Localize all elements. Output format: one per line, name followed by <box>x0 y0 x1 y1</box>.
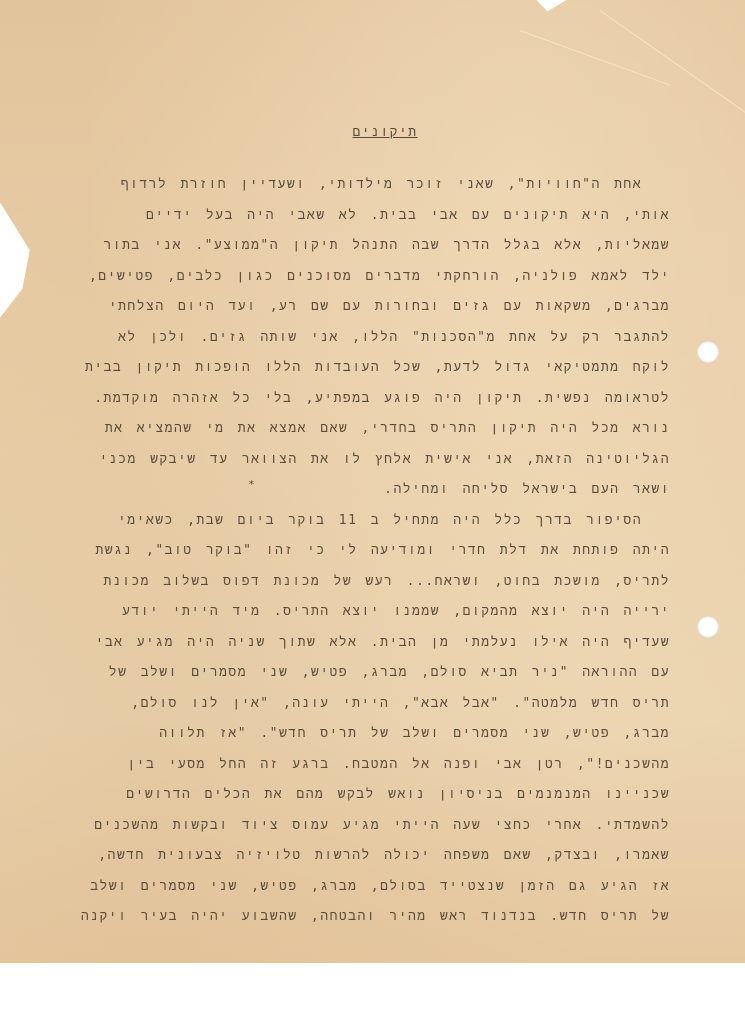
text-line: שאמרו, ובצדק, שאם משפחה יכולה להרשות טלו… <box>100 841 670 872</box>
text-line: להשמדתי. אחרי כחצי שעה הייתי מגיע עמוס צ… <box>100 811 670 842</box>
text-line: להתגבר רק על אחת מ"הסכנות" הללו, אני שות… <box>100 323 670 354</box>
text-line: ושאר העם בישראל סליחה ומחילה. <box>100 475 670 506</box>
punch-hole-upper <box>697 341 719 363</box>
document-title: תיקונים <box>100 125 670 140</box>
text-line: מברג, פטיש, שני מסמרים ושלב של תריס חדש"… <box>100 719 670 750</box>
text-line: לטראומה נפשית. תיקון היה פוגע במפתיע, בל… <box>100 384 670 415</box>
text-line: אז הגיע גם הזמן שנצטייד בסולם, מברג, פטי… <box>100 872 670 903</box>
text-line: מהשכנים!", רטן אבי ופנה אל המטבח. ברגע ז… <box>100 750 670 781</box>
text-line: של תריס חדש. בנדנוד ראש מהיר והבטחה, שהש… <box>100 902 670 933</box>
typed-document: תיקונים אחת ה"חוויות", שאני זוכר מילדותי… <box>100 125 670 933</box>
text-line: לוקח מתמטיקאי גדול לדעת, שכל העובדות הלל… <box>100 353 670 384</box>
paper-crease <box>599 10 745 137</box>
text-line: שמאליות, אלא בגלל הדרך שבה התנהל תיקון ה… <box>100 231 670 262</box>
text-line: ילד לאמא פולניה, הורחקתי מדברים מסוכנים … <box>100 262 670 293</box>
text-line: הסיפור בדרך כלל היה מתחיל ב 11 בוקר ביום… <box>100 506 670 537</box>
text-line: היתה פותחת את דלת חדרי ומודיעה לי כי זהו… <box>100 536 670 567</box>
text-line: מברגים, משקאות עם גזים ובחורות עם שם רע,… <box>100 292 670 323</box>
text-line: עם ההוראה "ניר תביא סולם, מברג, פטיש, שנ… <box>100 658 670 689</box>
text-line: ירייה היה יוצא מהמקום, שממנו יוצא התריס.… <box>100 597 670 628</box>
text-line: נורא מכל היה תיקון התריס בחדרי, שאם אמצא… <box>100 414 670 445</box>
text-line: שעדיף היה אילו נעלמתי מן הבית. אלא שתוך … <box>100 628 670 659</box>
text-line: אחת ה"חוויות", שאני זוכר מילדותי, ושעדיי… <box>100 170 670 201</box>
footnote-mark: * <box>248 478 255 491</box>
paper-crease <box>520 30 671 86</box>
punch-hole-lower <box>697 616 719 638</box>
text-line: שכניינו המנמנמים בניסיון נואש לבקש מהם א… <box>100 780 670 811</box>
text-line: תריס חדש מלמטה". "אבל אבא", הייתי עונה, … <box>100 689 670 720</box>
document-body: אחת ה"חוויות", שאני זוכר מילדותי, ושעדיי… <box>100 170 670 933</box>
text-line: אותי, היא תיקונים עם אבי בבית. לא שאבי ה… <box>100 201 670 232</box>
text-line: לתריס, מושכת בחוט, ושראח... רעש של מכונת… <box>100 567 670 598</box>
text-line: הגליוטינה הזאת, אני אישית אלחץ לו את הצו… <box>100 445 670 476</box>
